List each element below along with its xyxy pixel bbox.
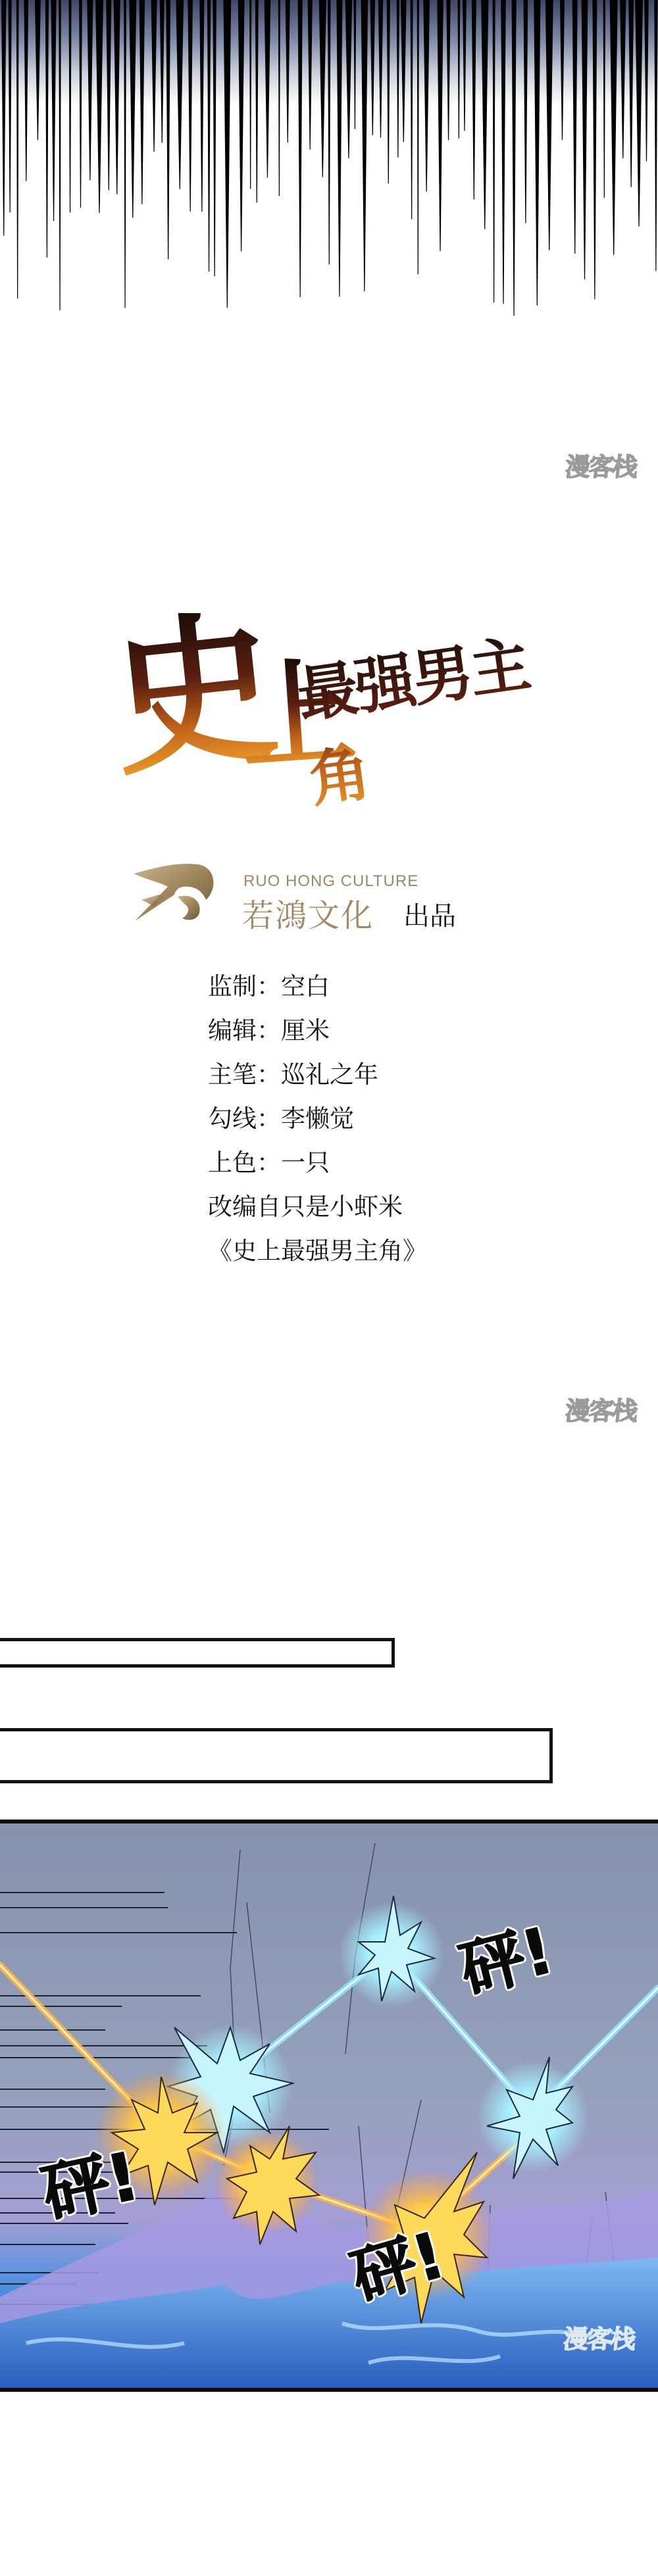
blank-panel [0, 1638, 395, 1668]
publisher-suffix: 出品 [403, 895, 456, 933]
credit-original-work: 《史上最强男主角》 [208, 1229, 471, 1273]
watermark-logo: 漫客栈 [547, 2321, 650, 2357]
title-rest: 最强男主角 [292, 618, 570, 823]
publisher-name-cn: 若鴻文化 [242, 890, 374, 935]
credit-adapted-from: 改编自只是小虾米 [208, 1185, 471, 1229]
staff-credits: 监制：空白 编辑：厘米 主笔：巡礼之年 勾线：李懒觉 上色：一只 改编自只是小虾… [208, 964, 471, 1273]
energy-burst-illustration [0, 1823, 658, 2388]
speed-lines-header-art [0, 0, 658, 329]
comic-title-logo: 史 上 最强男主角 [99, 612, 559, 803]
credit-supervisor: 监制：空白 [208, 964, 471, 1008]
blank-panel [0, 1728, 553, 1783]
credit-colorist: 上色：一只 [208, 1141, 471, 1185]
watermark-logo: 漫客栈 [549, 449, 652, 485]
publisher-name-en: RUO HONG CULTURE [243, 872, 418, 891]
credit-editor: 编辑：厘米 [208, 1008, 471, 1053]
publisher-credit: RUO HONG CULTURE 若鴻文化 出品 [128, 854, 497, 926]
credit-lead-artist: 主笔：巡礼之年 [208, 1053, 471, 1097]
watermark-logo: 漫客栈 [549, 1393, 652, 1429]
sound-effect-text: 砰! [37, 2143, 144, 2227]
ruo-hong-bird-emblem-icon [128, 860, 217, 923]
action-panel: 砰! 砰! 砰! 漫客栈 [0, 1820, 658, 2392]
credit-line-artist: 勾线：李懒觉 [208, 1097, 471, 1141]
